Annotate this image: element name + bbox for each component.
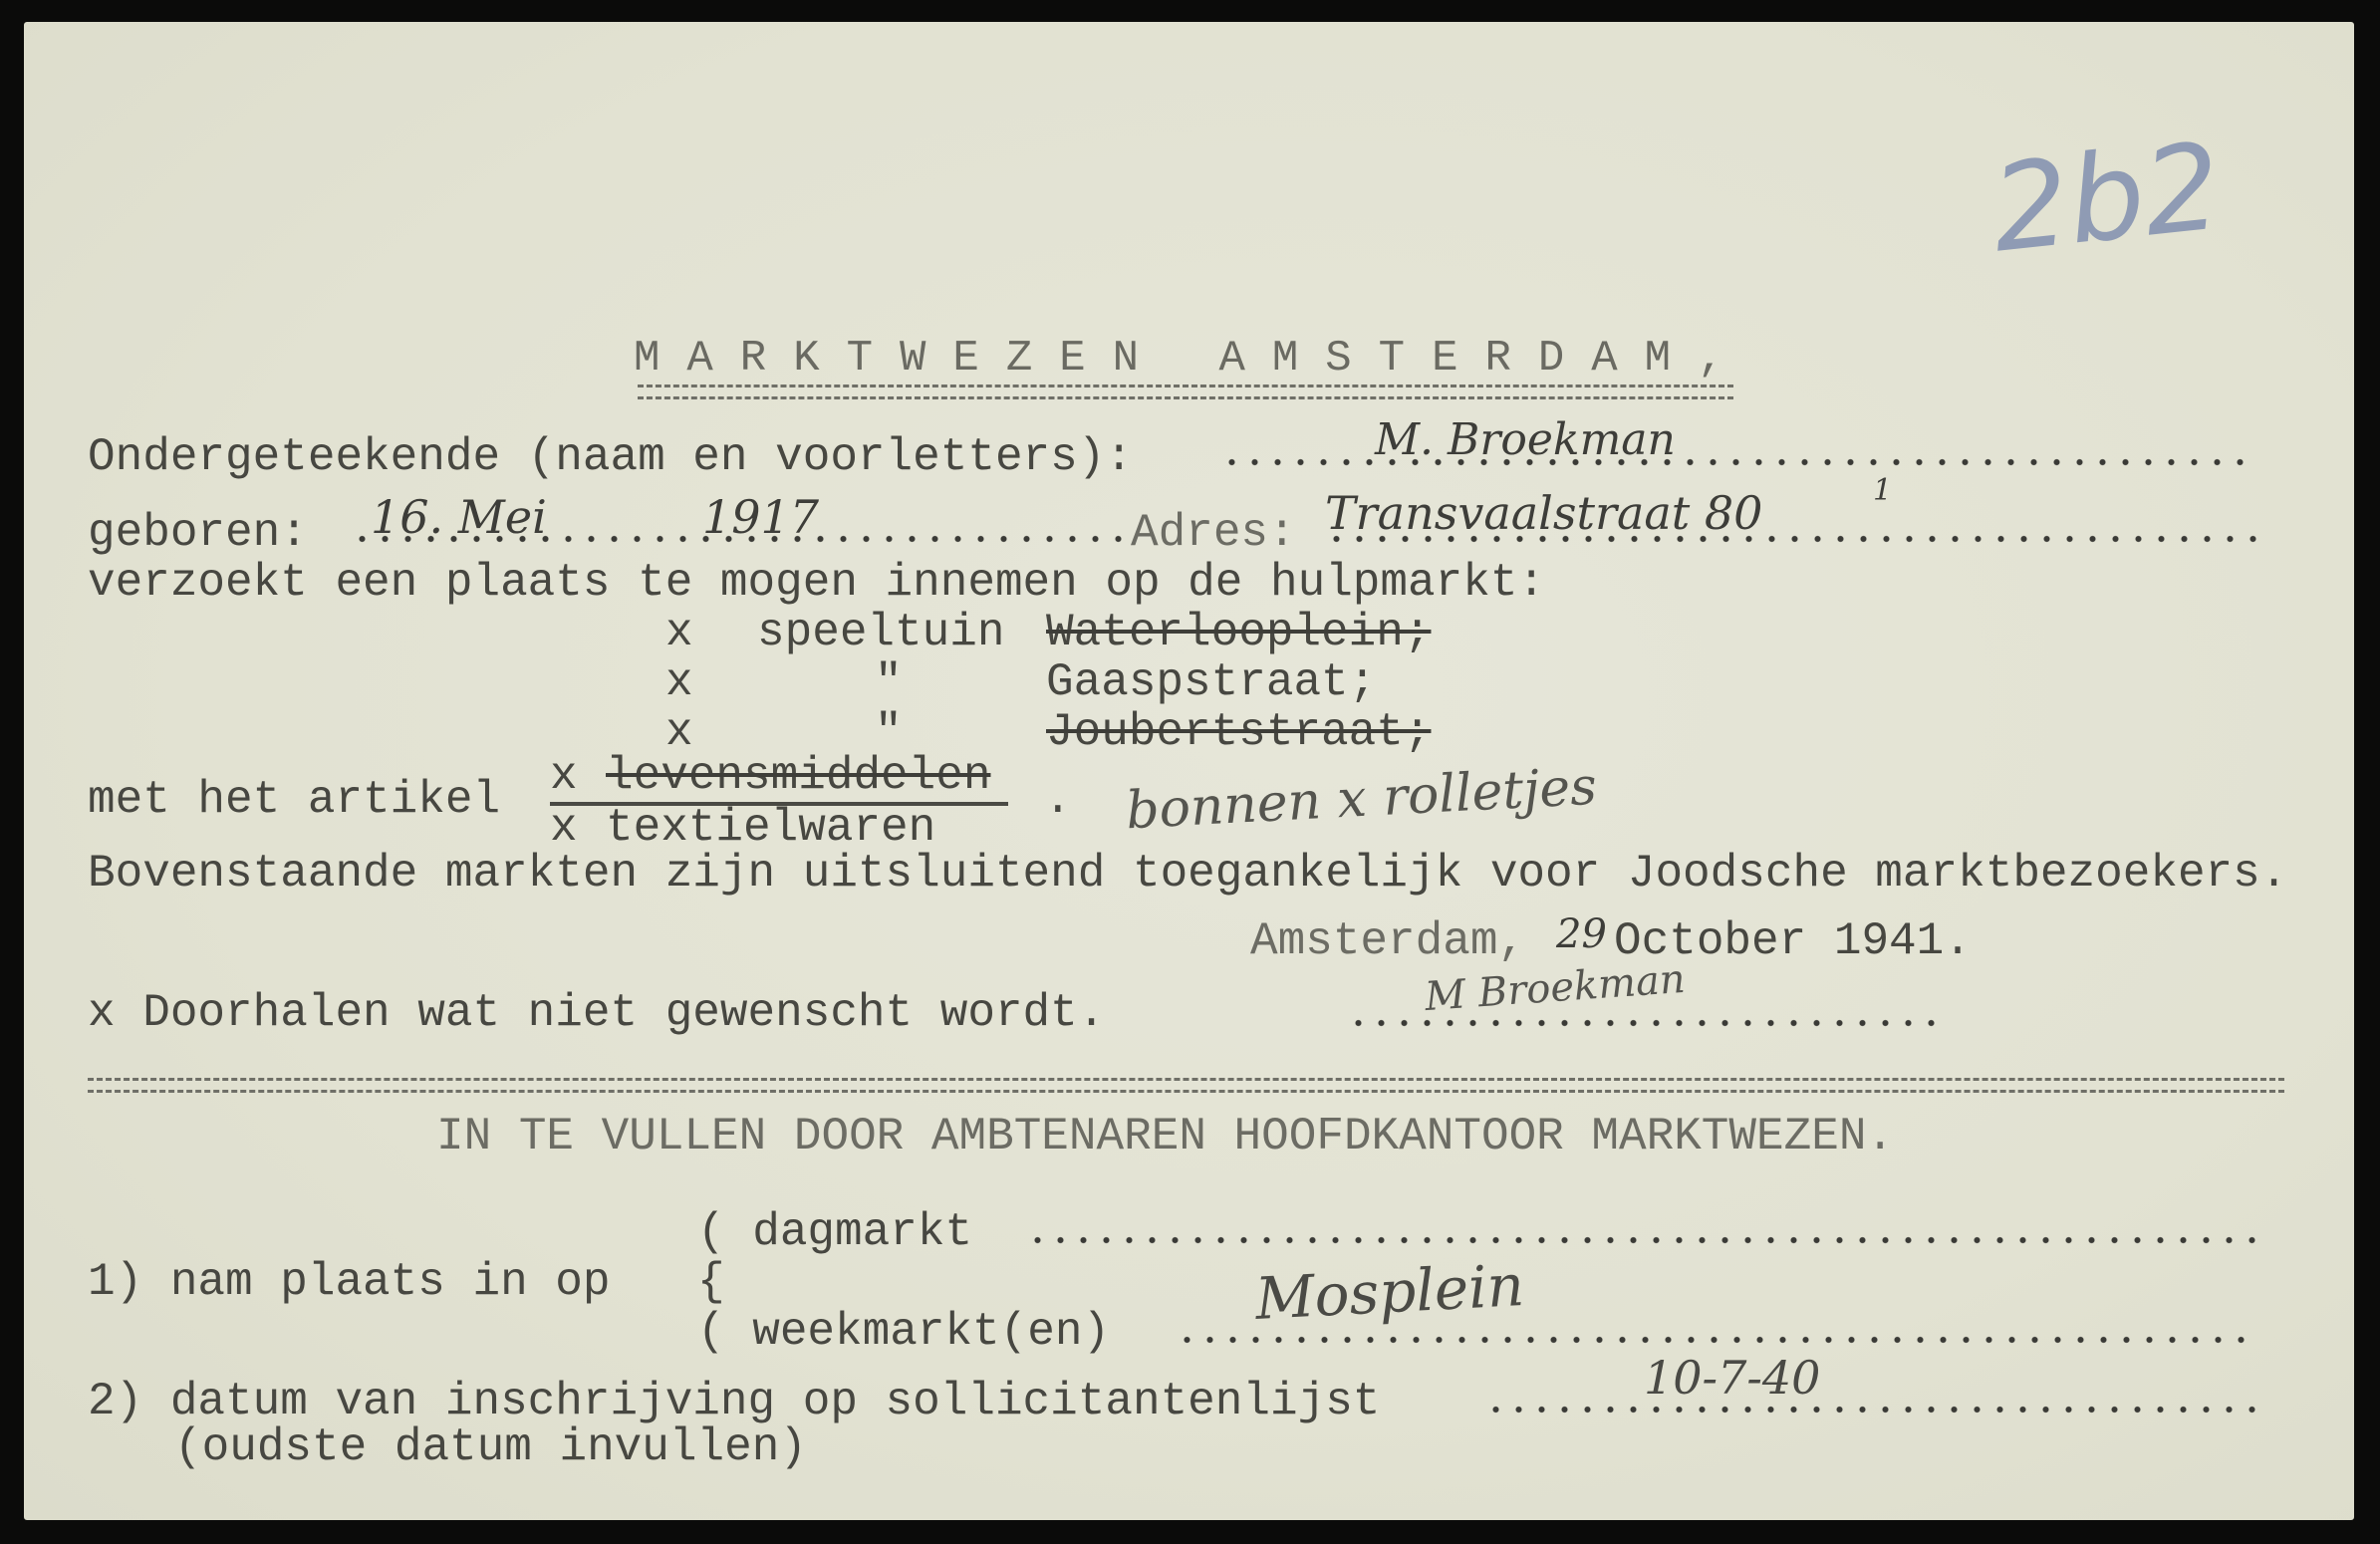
week-market-option: ( weekmarkt(en) bbox=[697, 1309, 1110, 1355]
born-label: geboren: bbox=[88, 510, 308, 556]
day-market-option: ( dagmarkt bbox=[697, 1209, 972, 1255]
born-year-value[interactable]: 1917 bbox=[702, 494, 819, 540]
day-market-dotted-line bbox=[1026, 1235, 2256, 1245]
article-label: met het artikel bbox=[88, 777, 500, 823]
request-line: verzoekt een plaats te mogen innemen op … bbox=[88, 560, 1545, 606]
item1-label: 1) nam plaats in op bbox=[88, 1259, 611, 1305]
market-3-name: Joubertstraat; bbox=[1046, 709, 1431, 755]
undersigned-label: Ondergeteekende (naam en voorletters): bbox=[88, 434, 1133, 480]
article-top-mark: x bbox=[550, 753, 578, 799]
document-title: MARKTWEZEN AMSTERDAM, bbox=[634, 337, 1751, 381]
article-option-textielwaren: textielwaren bbox=[606, 805, 935, 851]
item2-date-value[interactable]: 10-7-40 bbox=[1644, 1355, 1820, 1401]
address-superscript: 1 bbox=[1873, 476, 1892, 506]
born-day-month-value[interactable]: 16. Mei bbox=[371, 494, 547, 540]
archive-number-mark: 2b2 bbox=[1986, 128, 2226, 270]
undersigned-value[interactable]: M. Broekman bbox=[1375, 418, 1676, 462]
address-label: Adres: bbox=[1131, 510, 1296, 556]
signature-dotted-line bbox=[1347, 1018, 1935, 1028]
section-separator bbox=[88, 1078, 2284, 1093]
item2-note: (oudste datum invullen) bbox=[174, 1424, 807, 1470]
market-1-name: Waterlooplein; bbox=[1046, 610, 1431, 655]
market-2-ditto: " bbox=[875, 659, 903, 705]
week-market-dotted-line bbox=[1176, 1335, 2256, 1345]
week-market-value[interactable]: Mosplein bbox=[1254, 1256, 1526, 1328]
market-1-type: speeltuin bbox=[757, 610, 1004, 655]
article-option-levensmiddelen: levensmiddelen bbox=[606, 753, 990, 799]
date-day-value[interactable]: 29 bbox=[1556, 914, 1607, 954]
official-section-heading: IN TE VULLEN DOOR AMBTENAREN HOOFDKANTOO… bbox=[436, 1114, 1894, 1159]
strike-instruction-note: x Doorhalen wat niet gewenscht wordt. bbox=[88, 990, 1105, 1036]
market-2-mark: x bbox=[665, 659, 693, 705]
market-2-name: Gaaspstraat; bbox=[1046, 659, 1376, 705]
address-value[interactable]: Transvaalstraat 80 bbox=[1325, 490, 1762, 536]
title-double-underline bbox=[638, 385, 1733, 399]
item2-label: 2) datum van inschrijving op sollicitant… bbox=[88, 1379, 1380, 1424]
item2-dotted-line bbox=[1484, 1405, 2256, 1415]
market-3-ditto: " bbox=[875, 709, 903, 755]
notice-text: Bovenstaande markten zijn uitsluitend to… bbox=[88, 851, 2287, 897]
article-period: . bbox=[1044, 777, 1072, 823]
market-1-mark: x bbox=[665, 610, 693, 655]
item1-brace: { bbox=[697, 1259, 725, 1305]
article-bottom-mark: x bbox=[550, 805, 578, 851]
place-text: Amsterdam, bbox=[1250, 918, 1525, 964]
market-3-mark: x bbox=[665, 709, 693, 755]
